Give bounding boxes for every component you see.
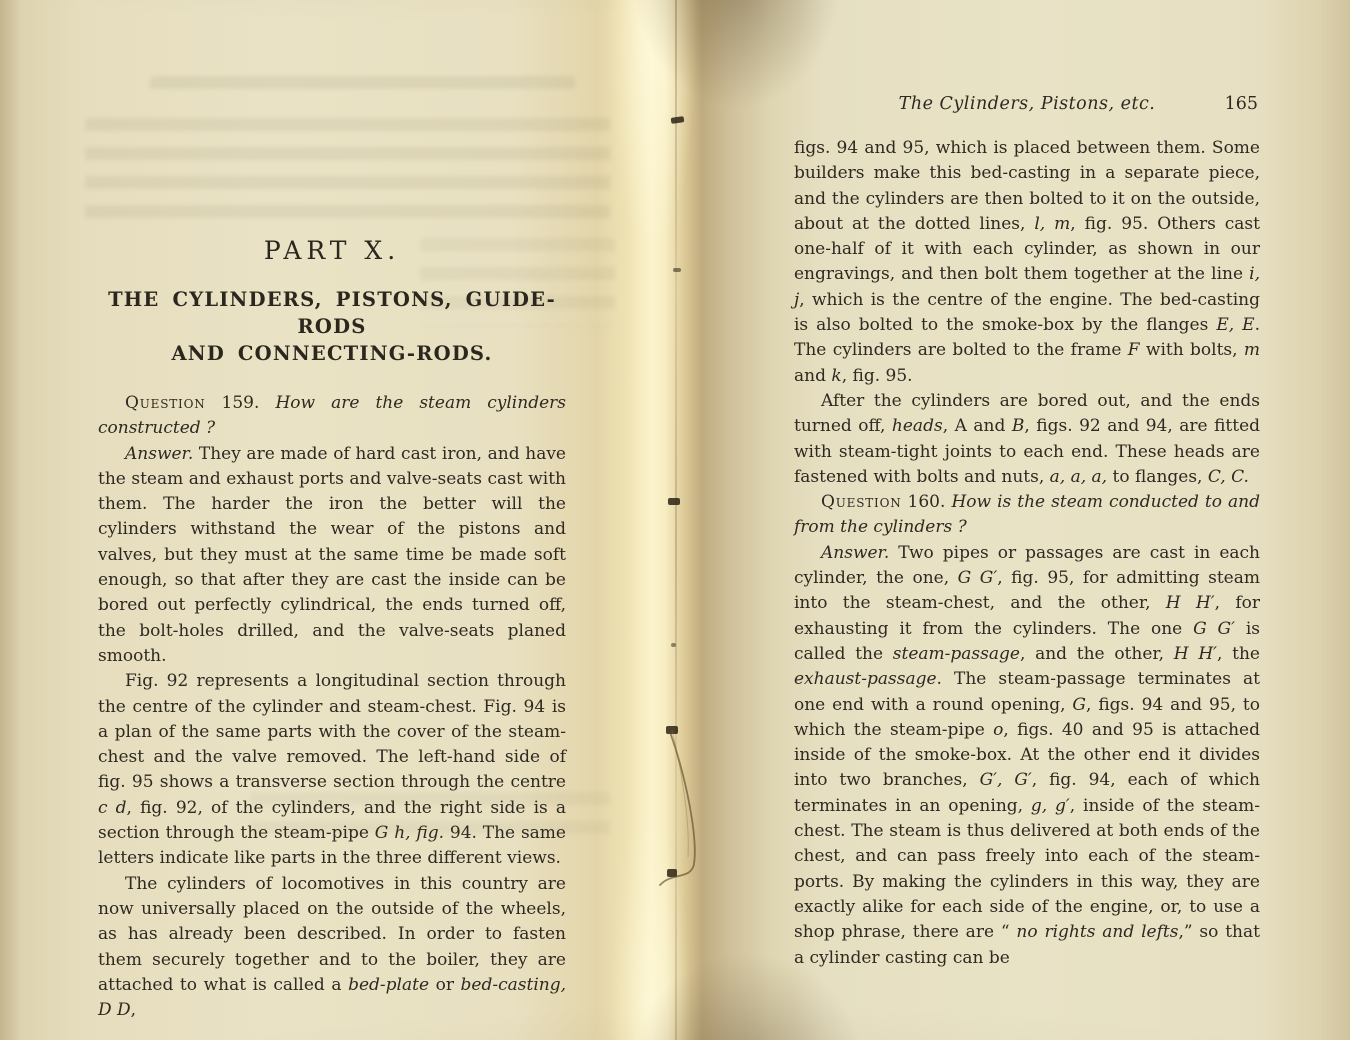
paragraph: Answer. They are made of hard cast iron,… — [98, 442, 566, 670]
text-segment: , fig. 95. — [842, 366, 913, 386]
binding-stitch — [671, 116, 685, 124]
text-segment: a, a, a, — [1050, 467, 1107, 487]
text-segment: , and the other, — [1020, 644, 1174, 664]
text-segment: or — [429, 975, 461, 995]
page-number: 165 — [1225, 92, 1258, 117]
text-segment: G — [1072, 695, 1086, 715]
book-spread-scan: PART X. THE CYLINDERS, PISTONS, GUIDE-RO… — [0, 0, 1350, 1040]
text-segment: C, C. — [1208, 467, 1249, 487]
text-segment: G′, G′ — [980, 770, 1032, 790]
binding-stitch — [667, 869, 677, 877]
text-segment: exhaust-passage — [794, 669, 937, 689]
text-segment: no rights and lefts — [1016, 922, 1178, 942]
text-segment: k — [831, 366, 841, 386]
text-segment: bed-plate — [348, 975, 429, 995]
show-through-ghost-text — [150, 76, 575, 102]
text-segment: heads — [892, 416, 943, 436]
text-segment: H H′ — [1166, 593, 1215, 613]
text-segment: Answer. — [125, 444, 193, 464]
text-segment: They are made of hard cast iron, and hav… — [98, 444, 566, 666]
left-page-text: Question 159. How are the steam cylinder… — [98, 391, 566, 1023]
right-page-text: figs. 94 and 95, which is placed between… — [794, 136, 1260, 971]
text-segment: E, E — [1216, 315, 1254, 335]
text-segment: o — [993, 720, 1003, 740]
binding-crease — [675, 0, 677, 1040]
binding-thread — [648, 722, 718, 902]
chapter-heading-line-1: THE CYLINDERS, PISTONS, GUIDE-RODS — [98, 286, 566, 340]
running-header: The Cylinders, Pistons, etc. — [794, 92, 1260, 117]
text-segment: Question — [125, 393, 206, 413]
text-segment: g, g′ — [1031, 796, 1070, 816]
text-segment: H H′ — [1174, 644, 1217, 664]
text-segment: Fig. 92 represents a longitudinal sectio… — [98, 671, 566, 792]
paragraph: figs. 94 and 95, which is placed between… — [794, 136, 1260, 389]
chapter-heading-line-2: AND CONNECTING-RODS. — [98, 340, 566, 367]
chapter-heading: THE CYLINDERS, PISTONS, GUIDE-RODS AND C… — [98, 286, 566, 367]
paragraph: The cylinders of locomotives in this cou… — [98, 872, 566, 1024]
paragraph: Answer. Two pipes or passages are cast i… — [794, 541, 1260, 971]
text-segment: 160. — [902, 492, 952, 512]
binding-stitch — [673, 268, 681, 272]
text-segment: l, m — [1034, 214, 1070, 234]
running-header-row: The Cylinders, Pistons, etc. 165 — [794, 92, 1260, 118]
paragraph: Question 159. How are the steam cylinder… — [98, 391, 566, 442]
binding-stitch — [671, 643, 676, 647]
text-segment: and — [794, 366, 831, 386]
text-segment: F — [1128, 340, 1140, 360]
text-segment: 159. — [206, 393, 276, 413]
text-segment: G G′ — [1193, 619, 1235, 639]
text-segment: to flanges, — [1107, 467, 1208, 487]
binding-stitch — [668, 498, 680, 505]
right-page: The Cylinders, Pistons, etc. 165 figs. 9… — [794, 92, 1260, 971]
text-segment: G G′ — [958, 568, 998, 588]
binding-stitch — [666, 726, 678, 734]
text-segment: c d — [98, 798, 127, 818]
left-page: PART X. THE CYLINDERS, PISTONS, GUIDE-RO… — [98, 236, 566, 1023]
show-through-ghost-text — [85, 118, 610, 234]
text-segment: G h, fig. — [375, 823, 444, 843]
text-segment: steam-passage — [893, 644, 1020, 664]
paragraph: Question 160. How is the steam conducted… — [794, 490, 1260, 541]
part-heading: PART X. — [98, 236, 566, 266]
text-segment: Question — [821, 492, 902, 512]
text-segment: , the — [1217, 644, 1260, 664]
text-segment: Answer. — [821, 543, 889, 563]
paragraph: After the cylinders are bored out, and t… — [794, 389, 1260, 490]
text-segment: , — [131, 1000, 136, 1020]
text-segment: with bolts, — [1140, 340, 1244, 360]
text-segment: , which is the centre of the engine. The… — [794, 290, 1260, 335]
paragraph: Fig. 92 represents a longitudinal sectio… — [98, 669, 566, 871]
text-segment: , A and — [943, 416, 1012, 436]
text-segment: B — [1012, 416, 1025, 436]
text-segment: , inside of the steam-chest. The steam i… — [794, 796, 1260, 942]
text-segment: m — [1244, 340, 1260, 360]
